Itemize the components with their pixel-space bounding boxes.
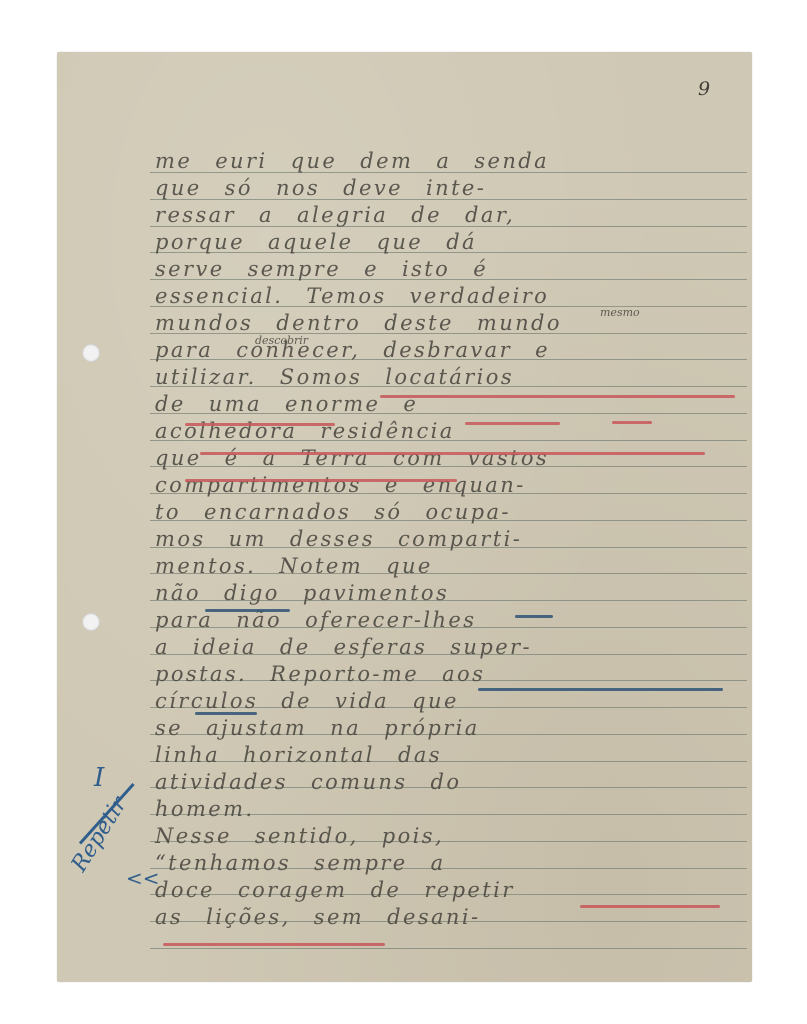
rule-line <box>150 948 747 949</box>
blue-underline-lhes <box>515 615 553 618</box>
text-line: atividades comuns do <box>155 769 745 795</box>
page-number: 9 <box>698 78 710 100</box>
text-line: se ajustam na própria <box>155 715 745 741</box>
text-line: linha horizontal das <box>155 742 745 768</box>
punch-hole-bottom <box>82 613 100 631</box>
blue-underline-digo <box>205 609 290 612</box>
red-underline-e <box>612 421 652 424</box>
margin-numeral: I <box>94 763 104 793</box>
text-line: mos um desses comparti- <box>155 526 745 552</box>
insert-descobrir: descobrir <box>255 334 308 347</box>
text-line: que só nos deve inte- <box>155 175 745 201</box>
red-underline-uma <box>185 423 335 426</box>
text-line: homem. <box>155 796 745 822</box>
red-underline-somos-locatarios <box>380 395 735 398</box>
text-line: serve sempre e isto é <box>155 256 745 282</box>
red-underline-acolhedora-residencia <box>200 452 705 455</box>
red-underline-enorme <box>465 422 560 425</box>
text-line: não digo pavimentos <box>155 580 745 606</box>
text-line: compartimentos e enquan- <box>155 472 745 498</box>
text-line: postas. Reporto-me aos <box>155 661 745 687</box>
insert-mesmo: mesmo <box>600 306 640 319</box>
text-line: utilizar. Somos locatários <box>155 364 745 390</box>
red-underline-as-licoes <box>163 943 385 946</box>
text-line: mundos dentro deste mundo <box>155 310 745 336</box>
text-line: a ideia de esferas super- <box>155 634 745 660</box>
blue-underline-circulos <box>195 712 257 715</box>
text-line: para conhecer, desbravar e <box>155 337 745 363</box>
text-line: porque aquele que dá <box>155 229 745 255</box>
text-line: ressar a alegria de dar, <box>155 202 745 228</box>
red-underline-repetir <box>580 905 720 908</box>
punch-hole-top <box>82 344 100 362</box>
text-line: to encarnados só ocupa- <box>155 499 745 525</box>
text-line: acolhedora residência <box>155 418 745 444</box>
text-line: me euri que dem a senda <box>155 148 745 174</box>
blue-underline-me-aos <box>478 688 723 691</box>
text-line: doce coragem de repetir <box>155 877 745 903</box>
red-underline-que-e-a-terra <box>185 479 457 482</box>
margin-quote-mark: << <box>126 866 160 890</box>
text-line: círculos de vida que <box>155 688 745 714</box>
text-line: “tenhamos sempre a <box>155 850 745 876</box>
text-line: essencial. Temos verdadeiro <box>155 283 745 309</box>
text-line: mentos. Notem que <box>155 553 745 579</box>
text-line: que é a Terra com vastos <box>155 445 745 471</box>
text-line: Nesse sentido, pois, <box>155 823 745 849</box>
